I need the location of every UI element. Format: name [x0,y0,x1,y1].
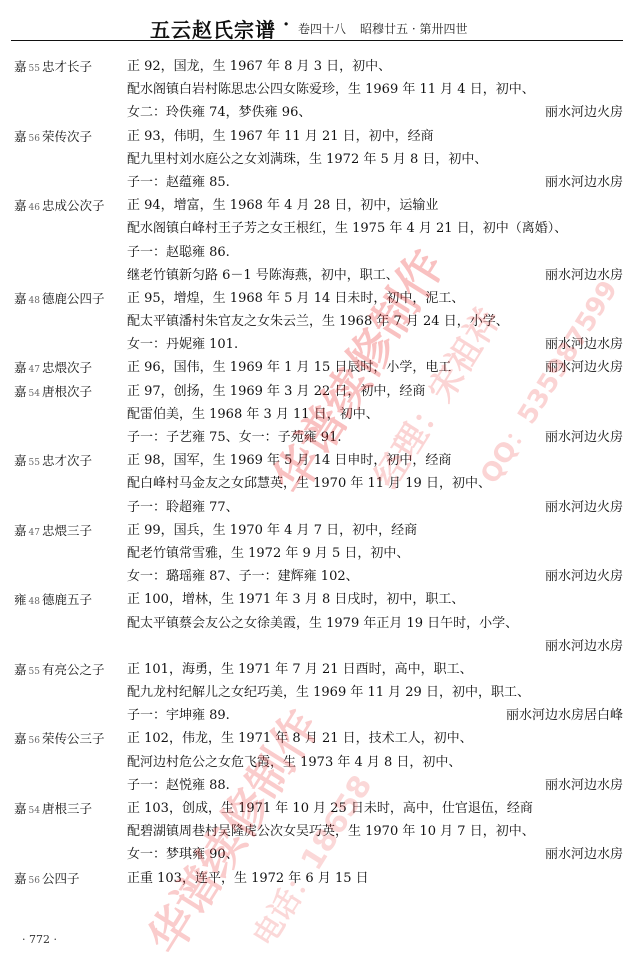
title-separator: · [283,14,289,35]
branch-house-label: 丽水河边火房 [545,101,623,124]
genealogy-entry: 嘉48德鹿公四子正 95，增煌，生 1968 年 5 月 14 日未时，初中，泥… [0,287,635,357]
generation-prefix: 嘉 [14,384,27,399]
branch-house-label: 丽水河边火房 [545,356,623,379]
generation-number: 54 [29,806,40,816]
entry-line-text: 配碧湖镇周巷村吴隆虎公次女吴巧英，生 1970 年 10 月 7 日，初中、 [127,824,535,839]
parent-relation: 德鹿公四子 [42,291,105,306]
generation-prefix: 嘉 [14,731,27,746]
parent-relation: 荣传公三子 [42,731,105,746]
entry-lineage-label: 嘉54唐根三子 [14,797,114,823]
entry-line-text: 正 93，伟明，生 1967 年 11 月 21 日，初中，经商 [127,129,434,144]
page-number: · 772 · [22,933,57,946]
generation-number: 48 [29,597,40,607]
entry-line-text: 配太平镇潘村朱官友之女朱云兰，生 1968 年 7 月 24 日，小学、 [127,314,509,329]
genealogy-entry: 嘉55忠才次子正 98，国军，生 1969 年 5 月 14 日申时，初中，经商… [0,449,635,519]
generation-prefix: 嘉 [14,523,27,538]
entry-line: 正 97，创扬，生 1969 年 3 月 22 日，初中，经商 [127,380,623,403]
entry-line-text: 子一：赵蕴雍 85. [127,175,230,190]
volume-label: 卷四十八 [298,22,346,36]
page-header: 五云赵氏宗谱 · 卷四十八昭穆廿五 · 第卅四世 [0,0,635,48]
entry-line: 正 100，增林，生 1971 年 3 月 8 日戌时，初中，职工、 [127,588,623,611]
genealogy-entry: 嘉46忠成公次子正 94，增富，生 1968 年 4 月 28 日，初中，运输业… [0,194,635,287]
genealogy-entry: 嘉56荣传公三子正 102，伟龙，生 1971 年 8 月 21 日，技术工人，… [0,727,635,797]
entry-line-text: 配河边村危公之女危飞霞，生 1973 年 4 月 8 日，初中、 [127,755,461,770]
entry-lineage-label: 雍48德鹿五子 [14,588,114,614]
entry-line-text: 配九里村刘水庭公之女刘满珠，生 1972 年 5 月 8 日，初中、 [127,152,487,167]
entry-line-text: 子一：赵悦雍 88. [127,778,230,793]
genealogy-entry: 嘉54唐根次子正 97，创扬，生 1969 年 3 月 22 日，初中，经商配雷… [0,380,635,450]
generation-prefix: 嘉 [14,662,27,677]
entry-line: 正 93，伟明，生 1967 年 11 月 21 日，初中，经商 [127,125,623,148]
entry-line: 正 103，创成，生 1971 年 10 月 25 日未时，高中，仕官退伍，经商 [127,797,623,820]
genealogy-entry: 嘉47忠煨三子正 99，国兵，生 1970 年 4 月 7 日，初中，经商配老竹… [0,519,635,589]
entry-line-text: 正 102，伟龙，生 1971 年 8 月 21 日，技术工人，初中、 [127,731,473,746]
entry-body: 正 100，增林，生 1971 年 3 月 8 日戌时，初中，职工、配太平镇蔡会… [127,588,623,658]
entry-line-text: 正 98，国军，生 1969 年 5 月 14 日申时，初中，经商 [127,453,451,468]
entry-line-text: 配水阁镇白峰村王子芳之女王根红，生 1975 年 4 月 21 日，初中（离婚）… [127,221,567,236]
section-label: 昭穆廿五 [360,22,408,36]
entry-line: 正 102，伟龙，生 1971 年 8 月 21 日，技术工人，初中、 [127,727,623,750]
entry-body: 正 95，增煌，生 1968 年 5 月 14 日未时，初中，泥工、配太平镇潘村… [127,287,623,357]
entry-line: 女二：玲佚雍 74，梦佚雍 96、丽水河边火房 [127,101,623,124]
generation-number: 55 [29,667,40,677]
entry-line: 配老竹镇常雪雅，生 1972 年 9 月 5 日，初中、 [127,542,623,565]
entry-line: 配白峰村马金友之女邱慧英，生 1970 年 11 月 19 日，初中、 [127,472,623,495]
entry-body: 正 96，国伟，生 1969 年 1 月 15 日辰时，小学，电工丽水河边火房 [127,356,623,379]
generation-prefix: 嘉 [14,871,27,886]
entry-line: 子一：宇坤雍 89.丽水河边水房居白峰 [127,704,623,727]
entry-line: 配水阁镇白岩村陈思忠公四女陈爱珍，生 1969 年 11 月 4 日，初中、 [127,78,623,101]
entry-body: 正 92，国龙，生 1967 年 8 月 3 日，初中、配水阁镇白岩村陈思忠公四… [127,55,623,125]
branch-house-label: 丽水河边火房 [545,426,623,449]
branch-house-label: 丽水河边水房 [545,843,623,866]
generation-prefix: 嘉 [14,129,27,144]
generation-number: 47 [29,528,40,538]
entry-line: 女一：丹妮雍 101.丽水河边水房 [127,333,623,356]
entry-line-text: 正 94，增富，生 1968 年 4 月 28 日，初中，运输业 [127,198,438,213]
parent-relation: 荣传次子 [42,129,92,144]
header-subtitle: 卷四十八昭穆廿五 · 第卅四世 [298,20,468,37]
generation-number: 56 [29,134,40,144]
entry-line-text: 配雷伯美，生 1968 年 3 月 11 日，初中、 [127,407,379,422]
parent-relation: 德鹿五子 [42,592,92,607]
entry-line: 配九里村刘水庭公之女刘满珠，生 1972 年 5 月 8 日，初中、 [127,148,623,171]
entry-line-text: 配白峰村马金友之女邱慧英，生 1970 年 11 月 19 日，初中、 [127,476,491,491]
entry-line: 正 96，国伟，生 1969 年 1 月 15 日辰时，小学，电工丽水河边火房 [127,356,623,379]
entry-line: 正 98，国军，生 1969 年 5 月 14 日申时，初中，经商 [127,449,623,472]
entry-line: 配水阁镇白峰村王子芳之女王根红，生 1975 年 4 月 21 日，初中（离婚）… [127,217,623,240]
generation-number: 55 [29,64,40,74]
entry-line: 继老竹镇新匀路 6－1 号陈海燕，初中，职工、丽水河边水房 [127,264,623,287]
entry-line: 正重 103，连平，生 1972 年 6 月 15 日 [127,867,623,890]
entry-lineage-label: 嘉56荣传次子 [14,125,114,151]
parent-relation: 忠煨三子 [42,523,92,538]
entry-line-text: 正 97，创扬，生 1969 年 3 月 22 日，初中，经商 [127,384,425,399]
entry-line-text: 正 92，国龙，生 1967 年 8 月 3 日，初中、 [127,59,391,74]
entry-lineage-label: 嘉55忠才长子 [14,55,114,81]
entry-line-text: 女一：梦琪雍 90、 [127,847,239,862]
entry-line-text: 配老竹镇常雪雅，生 1972 年 9 月 5 日，初中、 [127,546,409,561]
entry-line: 子一：子艺雍 75、女一：子苑雍 91.丽水河边火房 [127,426,623,449]
branch-house-label: 丽水河边火房 [545,565,623,588]
genealogy-entry: 嘉56公四子正重 103，连平，生 1972 年 6 月 15 日 [0,867,635,890]
parent-relation: 有亮公之子 [42,662,105,677]
generation-prefix: 嘉 [14,453,27,468]
generation-prefix: 嘉 [14,291,27,306]
entry-body: 正 93，伟明，生 1967 年 11 月 21 日，初中，经商配九里村刘水庭公… [127,125,623,195]
entry-body: 正 98，国军，生 1969 年 5 月 14 日申时，初中，经商配白峰村马金友… [127,449,623,519]
entry-lineage-label: 嘉56公四子 [14,867,114,893]
entry-body: 正 99，国兵，生 1970 年 4 月 7 日，初中，经商配老竹镇常雪雅，生 … [127,519,623,589]
genealogy-entry: 嘉56荣传次子正 93，伟明，生 1967 年 11 月 21 日，初中，经商配… [0,125,635,195]
generation-prefix: 嘉 [14,198,27,213]
entry-line: 正 94，增富，生 1968 年 4 月 28 日，初中，运输业 [127,194,623,217]
branch-house-label: 丽水河边水房 [545,171,623,194]
entry-body: 正 97，创扬，生 1969 年 3 月 22 日，初中，经商配雷伯美，生 19… [127,380,623,450]
parent-relation: 忠才次子 [42,453,92,468]
entry-line-text: 女二：玲佚雍 74，梦佚雍 96、 [127,105,311,120]
entry-line-text: 配九龙村纪解儿之女纪巧美，生 1969 年 11 月 29 日，初中，职工、 [127,685,530,700]
entry-list: 嘉55忠才长子正 92，国龙，生 1967 年 8 月 3 日，初中、配水阁镇白… [0,55,635,890]
entry-line: 配碧湖镇周巷村吴隆虎公次女吴巧英，生 1970 年 10 月 7 日，初中、 [127,820,623,843]
entry-line: 子一：赵聪雍 86. [127,241,623,264]
parent-relation: 忠才长子 [42,59,92,74]
generation-number: 54 [29,389,40,399]
generation-prefix: 嘉 [14,360,27,375]
entry-body: 正 102，伟龙，生 1971 年 8 月 21 日，技术工人，初中、配河边村危… [127,727,623,797]
entry-line-text: 继老竹镇新匀路 6－1 号陈海燕，初中，职工、 [127,268,399,283]
entry-lineage-label: 嘉54唐根次子 [14,380,114,406]
entry-line: 配太平镇潘村朱官友之女朱云兰，生 1968 年 7 月 24 日，小学、 [127,310,623,333]
branch-house-label: 丽水河边火房 [545,496,623,519]
branch-house-label: 丽水河边水房 [545,635,623,658]
entry-body: 正 103，创成，生 1971 年 10 月 25 日未时，高中，仕官退伍，经商… [127,797,623,867]
branch-house-label: 丽水河边水房 [545,264,623,287]
generation-number: 48 [29,296,40,306]
genealogy-entry: 雍48德鹿五子正 100，增林，生 1971 年 3 月 8 日戌时，初中，职工… [0,588,635,658]
entry-lineage-label: 嘉46忠成公次子 [14,194,114,220]
entry-line: 正 95，增煌，生 1968 年 5 月 14 日未时，初中，泥工、 [127,287,623,310]
entry-line: 正 99，国兵，生 1970 年 4 月 7 日，初中，经商 [127,519,623,542]
genealogy-title: 五云赵氏宗谱 [150,14,276,43]
generation-number: 56 [29,876,40,886]
generation-number: 46 [29,203,40,213]
branch-house-label: 丽水河边水房 [545,774,623,797]
entry-line: 子一：赵悦雍 88.丽水河边水房 [127,774,623,797]
entry-line-text: 正 100，增林，生 1971 年 3 月 8 日戌时，初中，职工、 [127,592,464,607]
entry-lineage-label: 嘉48德鹿公四子 [14,287,114,313]
entry-line-text: 女一：璐瑶雍 87、子一：建辉雍 102、 [127,569,359,584]
genealogy-entry: 嘉55有亮公之子正 101，海勇，生 1971 年 7 月 21 日酉时，高中，… [0,658,635,728]
entry-line: 子一：聆超雍 77、丽水河边火房 [127,496,623,519]
entry-line-text: 配太平镇蔡会友公之女徐美霞，生 1979 年正月 19 日午时，小学、 [127,616,518,631]
entry-lineage-label: 嘉55忠才次子 [14,449,114,475]
entry-body: 正 101，海勇，生 1971 年 7 月 21 日酉时，高中，职工、配九龙村纪… [127,658,623,728]
genealogy-entry: 嘉54唐根三子正 103，创成，生 1971 年 10 月 25 日未时，高中，… [0,797,635,867]
parent-relation: 忠成公次子 [42,198,105,213]
entry-lineage-label: 嘉55有亮公之子 [14,658,114,684]
parent-relation: 唐根次子 [42,384,92,399]
entry-line-text: 正 95，增煌，生 1968 年 5 月 14 日未时，初中，泥工、 [127,291,464,306]
entry-lineage-label: 嘉47忠煨三子 [14,519,114,545]
generation-prefix: 雍 [14,592,27,607]
entry-line-text: 子一：子艺雍 75、女一：子苑雍 91. [127,430,341,445]
genealogy-entry: 嘉47忠煨次子正 96，国伟，生 1969 年 1 月 15 日辰时，小学，电工… [0,356,635,379]
branch-house-label: 丽水河边水房 [545,333,623,356]
generation-number: 56 [29,736,40,746]
entry-line-text: 子一：赵聪雍 86. [127,245,230,260]
entry-line: 配河边村危公之女危飞霞，生 1973 年 4 月 8 日，初中、 [127,751,623,774]
generation-number: 47 [29,365,40,375]
entry-line: 女一：梦琪雍 90、丽水河边水房 [127,843,623,866]
entry-line-text: 女一：丹妮雍 101. [127,337,238,352]
entry-line-text: 正 103，创成，生 1971 年 10 月 25 日未时，高中，仕官退伍，经商 [127,801,533,816]
entry-line: 配九龙村纪解儿之女纪巧美，生 1969 年 11 月 29 日，初中，职工、 [127,681,623,704]
entry-body: 正重 103，连平，生 1972 年 6 月 15 日 [127,867,623,890]
entry-line: 女一：璐瑶雍 87、子一：建辉雍 102、丽水河边火房 [127,565,623,588]
genealogy-entry: 嘉55忠才长子正 92，国龙，生 1967 年 8 月 3 日，初中、配水阁镇白… [0,55,635,125]
entry-line: 子一：赵蕴雍 85.丽水河边水房 [127,171,623,194]
entry-line-text: 配水阁镇白岩村陈思忠公四女陈爱珍，生 1969 年 11 月 4 日，初中、 [127,82,535,97]
entry-line-text: 子一：宇坤雍 89. [127,708,230,723]
entry-line: 配太平镇蔡会友公之女徐美霞，生 1979 年正月 19 日午时，小学、 [127,612,623,635]
entry-line-text: 正重 103，连平，生 1972 年 6 月 15 日 [127,871,369,886]
entry-line-text: 正 99，国兵，生 1970 年 4 月 7 日，初中，经商 [127,523,417,538]
parent-relation: 公四子 [42,871,80,886]
entry-line-text: 正 101，海勇，生 1971 年 7 月 21 日酉时，高中，职工、 [127,662,473,677]
generation-prefix: 嘉 [14,59,27,74]
entry-body: 正 94，增富，生 1968 年 4 月 28 日，初中，运输业配水阁镇白峰村王… [127,194,623,287]
generation-label: · 第卅四世 [412,22,468,36]
parent-relation: 忠煨次子 [42,360,92,375]
entry-line: 丽水河边水房 [127,635,623,658]
entry-line: 正 92，国龙，生 1967 年 8 月 3 日，初中、 [127,55,623,78]
generation-prefix: 嘉 [14,801,27,816]
entry-line-text: 子一：聆超雍 77、 [127,500,239,515]
generation-number: 55 [29,458,40,468]
entry-lineage-label: 嘉56荣传公三子 [14,727,114,753]
entry-line-text: 正 96，国伟，生 1969 年 1 月 15 日辰时，小学，电工 [127,360,451,375]
entry-line: 正 101，海勇，生 1971 年 7 月 21 日酉时，高中，职工、 [127,658,623,681]
parent-relation: 唐根三子 [42,801,92,816]
branch-house-label: 丽水河边水房居白峰 [506,704,623,727]
header-divider [11,40,623,41]
entry-line: 配雷伯美，生 1968 年 3 月 11 日，初中、 [127,403,623,426]
